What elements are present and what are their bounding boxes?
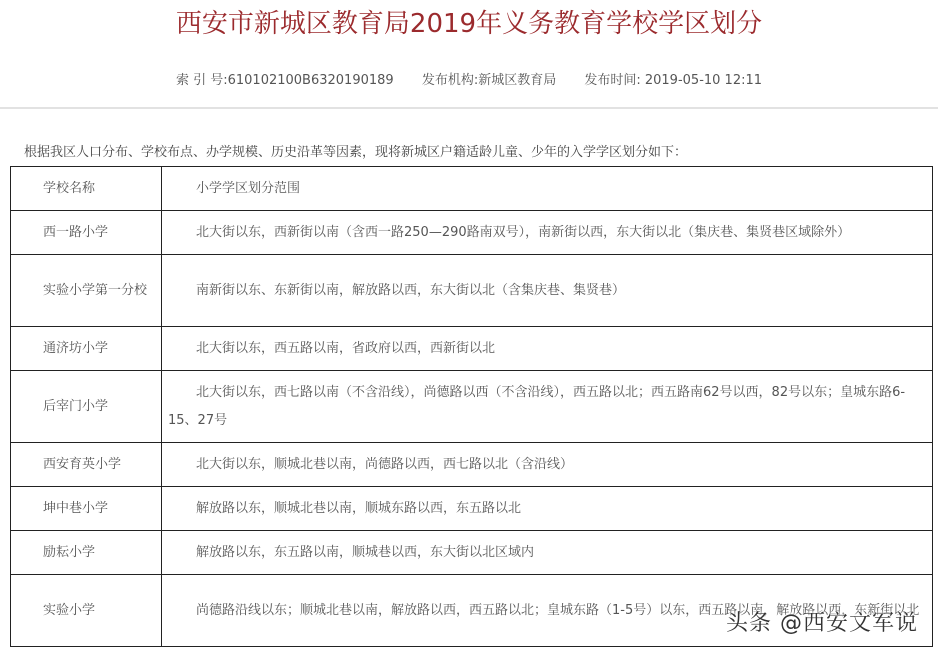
district-range-cell: 北大街以东，顺城北巷以南，尚德路以西，西七路以北（含沿线）: [162, 443, 933, 487]
school-name-cell: 通济坊小学: [11, 327, 162, 371]
page-title: 西安市新城区教育局2019年义务教育学校学区划分: [0, 4, 938, 44]
district-range-cell: 南新街以东、东新街以南，解放路以西，东大街以北（含集庆巷、集贤巷）: [162, 255, 933, 327]
school-name-cell: 实验小学第一分校: [11, 255, 162, 327]
table-row: 坤中巷小学 解放路以东，顺城北巷以南，顺城东路以西，东五路以北: [11, 487, 933, 531]
school-name-cell: 坤中巷小学: [11, 487, 162, 531]
watermark: 头条 @西安文军说: [726, 606, 918, 637]
table-row: 后宰门小学 北大街以东，西七路以南（不含沿线），尚德路以西（不含沿线），西五路以…: [11, 371, 933, 443]
school-name-cell: 后宰门小学: [11, 371, 162, 443]
table-row: 西安育英小学 北大街以东，顺城北巷以南，尚德路以西，西七路以北（含沿线）: [11, 443, 933, 487]
school-district-table: 学校名称 小学学区划分范围 西一路小学 北大街以东，西新街以南（含西一路250—…: [10, 166, 933, 647]
district-range-cell: 北大街以东，西七路以南（不含沿线），尚德路以西（不含沿线），西五路以北；西五路南…: [162, 371, 933, 443]
district-range-cell: 北大街以东，西新街以南（含西一路250—290路南双号），南新街以西，东大街以北…: [162, 211, 933, 255]
header-divider: [0, 107, 938, 109]
school-name-cell: 实验小学: [11, 575, 162, 647]
header-school-name: 学校名称: [11, 167, 162, 211]
table-row: 西一路小学 北大街以东，西新街以南（含西一路250—290路南双号），南新街以西…: [11, 211, 933, 255]
index-number: 索 引 号:610102100B6320190189: [176, 73, 394, 88]
school-name-cell: 励耘小学: [11, 531, 162, 575]
table-row: 实验小学第一分校 南新街以东、东新街以南，解放路以西，东大街以北（含集庆巷、集贤…: [11, 255, 933, 327]
table-row: 励耘小学 解放路以东，东五路以南，顺城巷以西，东大街以北区域内: [11, 531, 933, 575]
district-range-cell: 解放路以东，顺城北巷以南，顺城东路以西，东五路以北: [162, 487, 933, 531]
district-range-cell: 北大街以东，西五路以南，省政府以西，西新街以北: [162, 327, 933, 371]
table-row: 通济坊小学 北大街以东，西五路以南，省政府以西，西新街以北: [11, 327, 933, 371]
publish-time: 发布时间: 2019-05-10 12:11: [584, 73, 762, 88]
article-meta: 索 引 号:610102100B6320190189 发布机构:新城区教育局 发…: [0, 70, 938, 92]
district-range-cell: 解放路以东，东五路以南，顺城巷以西，东大街以北区域内: [162, 531, 933, 575]
school-name-cell: 西一路小学: [11, 211, 162, 255]
school-name-cell: 西安育英小学: [11, 443, 162, 487]
publisher: 发布机构:新城区教育局: [422, 73, 556, 88]
table-header-row: 学校名称 小学学区划分范围: [11, 167, 933, 211]
header-district-range: 小学学区划分范围: [162, 167, 933, 211]
intro-paragraph: 根据我区人口分布、学校布点、办学规模、历史沿革等因素，现将新城区户籍适龄儿童、少…: [24, 142, 687, 164]
